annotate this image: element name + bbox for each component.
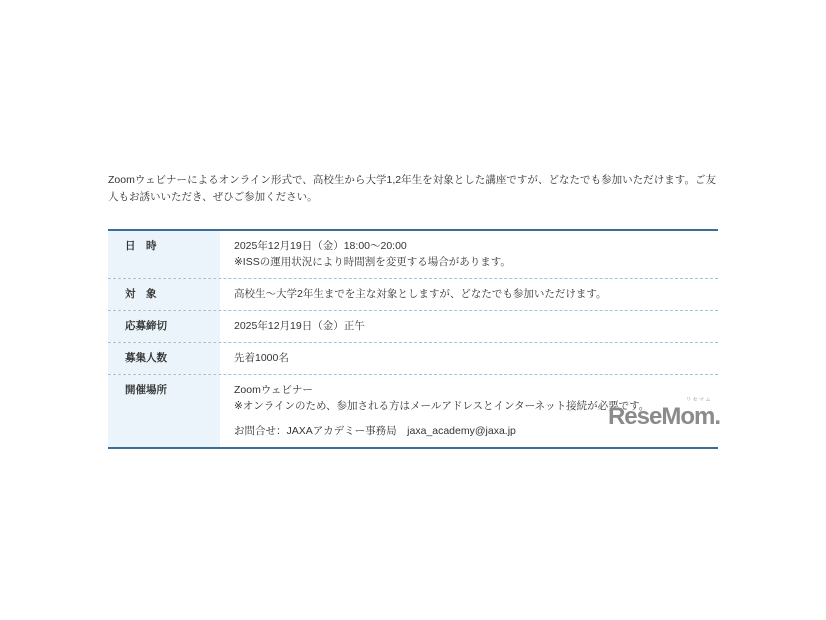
capacity-value: 先着1000名 bbox=[234, 350, 708, 366]
row-content-datetime: 2025年12月19日（金）18:00～20:00 ※ISSの運用状況により時間… bbox=[220, 231, 718, 278]
row-label-datetime: 日 時 bbox=[108, 231, 220, 278]
table-row-capacity: 募集人数 先着1000名 bbox=[108, 343, 718, 375]
logo-text: ReseMom. bbox=[608, 404, 720, 429]
target-value: 高校生～大学2年生までを主な対象としますが、どなたでも参加いただけます。 bbox=[234, 286, 708, 302]
table-row-target: 対 象 高校生～大学2年生までを主な対象としますが、どなたでも参加いただけます。 bbox=[108, 279, 718, 311]
intro-paragraph: Zoomウェビナーによるオンライン形式で、高校生から大学1,2年生を対象とした講… bbox=[108, 172, 716, 206]
table-row-datetime: 日 時 2025年12月19日（金）18:00～20:00 ※ISSの運用状況に… bbox=[108, 231, 718, 279]
row-label-capacity: 募集人数 bbox=[108, 343, 220, 374]
datetime-note: ※ISSの運用状況により時間割を変更する場合があります。 bbox=[234, 254, 708, 270]
resemom-logo: リセマム ReseMom. bbox=[608, 397, 720, 429]
article-page: Zoomウェビナーによるオンライン形式で、高校生から大学1,2年生を対象とした講… bbox=[0, 0, 826, 620]
datetime-value: 2025年12月19日（金）18:00～20:00 bbox=[234, 238, 708, 254]
venue-value: Zoomウェビナー bbox=[234, 382, 708, 398]
row-label-venue: 開催場所 bbox=[108, 375, 220, 447]
row-content-capacity: 先着1000名 bbox=[220, 343, 718, 374]
row-content-deadline: 2025年12月19日（金）正午 bbox=[220, 311, 718, 342]
deadline-value: 2025年12月19日（金）正午 bbox=[234, 318, 708, 334]
row-content-target: 高校生～大学2年生までを主な対象としますが、どなたでも参加いただけます。 bbox=[220, 279, 718, 310]
table-row-deadline: 応募締切 2025年12月19日（金）正午 bbox=[108, 311, 718, 343]
row-label-deadline: 応募締切 bbox=[108, 311, 220, 342]
row-label-target: 対 象 bbox=[108, 279, 220, 310]
